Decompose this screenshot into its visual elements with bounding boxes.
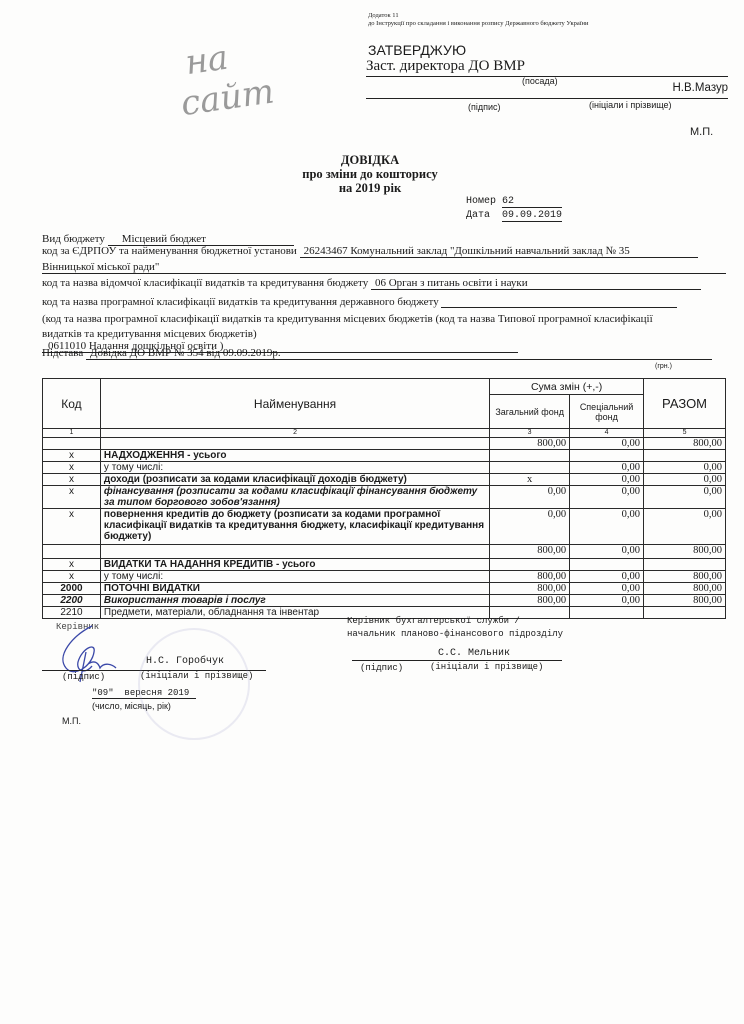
number-label: Номер [466,196,496,207]
header-special-fund: Спеціальний фонд [570,395,644,429]
estimate-changes-table: Код Найменування Сума змін (+,-) РАЗОМ З… [42,378,726,619]
row-name: ПОТОЧНІ ВИДАТКИ [100,583,489,595]
row-code: х [43,474,101,486]
edrpou-value: 26243467 Комунальний заклад "Дошкільний … [300,245,698,258]
edrpou-row: код за ЄДРПОУ та найменування бюджетної … [42,245,726,258]
row-special-fund: 0,00 [570,545,644,559]
column-number: 1 [43,429,101,438]
budget-type-label: Вид бюджету [42,233,105,245]
row-total [644,559,726,571]
row-code: х [43,559,101,571]
header-name: Найменування [100,379,489,429]
row-name: у тому числі: [100,462,489,474]
state-prog-value [441,295,677,308]
row-special-fund [570,450,644,462]
currency-note: (грн.) [655,363,672,370]
document-title: ДОВІДКА [300,153,440,167]
row-name: ВИДАТКИ ТА НАДАННЯ КРЕДИТІВ - усього [100,559,489,571]
row-total [644,450,726,462]
handwritten-note: на сайт [173,32,277,124]
head-signature-caption: (підпис) [62,672,105,682]
row-general-fund [490,450,570,462]
table-row: ху тому числі:0,000,00 [43,462,726,474]
sign-date-day: "09" [92,688,114,698]
row-total: 800,00 [644,595,726,607]
row-code: 2000 [43,583,101,595]
row-special-fund: 0,00 [570,438,644,450]
row-name: фінансування (розписати за кодами класиф… [100,486,489,509]
document-date: 09.09.2019 [502,210,562,222]
row-code: х [43,509,101,545]
name-caption: (ініціали і прізвище) [589,100,672,110]
basis-value: Довідка ДО ВМР № 354 від 09.09.2019р. [86,347,712,360]
accountant-label-2: начальник планово-фінансового підрозділу [347,628,563,641]
row-special-fund: 0,00 [570,509,644,545]
row-code: 2210 [43,607,101,619]
accountant-name: С.С. Мельник [438,648,510,659]
column-number: 3 [490,429,570,438]
table-row: 2200Використання товарів і послуг800,000… [43,595,726,607]
row-name: повернення кредитів до бюджету (розписат… [100,509,489,545]
row-name [100,438,489,450]
table-row: 800,000,00800,00 [43,438,726,450]
row-total: 0,00 [644,462,726,474]
row-general-fund: 800,00 [490,571,570,583]
header-total: РАЗОМ [644,379,726,429]
row-general-fund: 800,00 [490,438,570,450]
annex-line-1: Додаток 11 [368,12,589,20]
table-row: хВИДАТКИ ТА НАДАННЯ КРЕДИТІВ - усього [43,559,726,571]
column-number: 5 [644,429,726,438]
row-total: 800,00 [644,545,726,559]
column-numbers-row: 12345 [43,429,726,438]
column-number: 4 [570,429,644,438]
row-code: х [43,486,101,509]
row-general-fund: 0,00 [490,509,570,545]
table-row: хповернення кредитів до бюджету (розписа… [43,509,726,545]
row-name: доходи (розписати за кодами класифікації… [100,474,489,486]
row-total: 800,00 [644,583,726,595]
accountant-sign-line [352,660,562,661]
table-row: хНАДХОДЖЕННЯ - усього [43,450,726,462]
row-special-fund: 0,00 [570,583,644,595]
row-special-fund: 0,00 [570,486,644,509]
row-total [644,607,726,619]
header-sum-changes: Сума змін (+,-) [490,379,644,395]
row-total: 0,00 [644,486,726,509]
row-general-fund [490,559,570,571]
table-row: хдоходи (розписати за кодами класифікаці… [43,474,726,486]
row-special-fund: 0,00 [570,474,644,486]
dept-value: 06 Орган з питань освіти і науки [371,277,701,290]
document-number-row: Номер 62 [466,196,562,208]
row-total: 0,00 [644,509,726,545]
local-prog-label: (код та назва програмної класифікації ви… [42,313,732,325]
table-row: ху тому числі:800,000,00800,00 [43,571,726,583]
row-total: 800,00 [644,438,726,450]
approver-name: Н.В.Мазур [672,82,728,94]
row-name: Використання товарів і послуг [100,595,489,607]
row-special-fund: 0,00 [570,595,644,607]
accountant-signature-caption: (підпис) [360,663,403,673]
document-subtitle: про зміни до кошторису [280,167,460,181]
table-row: хфінансування (розписати за кодами класи… [43,486,726,509]
edrpou-value-cont: Вінницької міської ради" [42,261,726,274]
row-general-fund: 0,00 [490,486,570,509]
row-general-fund: х [490,474,570,486]
document-heading: ДОВІДКА про зміни до кошторису на 2019 р… [300,153,440,195]
approval-title: ЗАТВЕРДЖУЮ [368,42,466,58]
table-row: 2000ПОТОЧНІ ВИДАТКИ800,000,00800,00 [43,583,726,595]
approver-name-line: Н.В.Мазур [366,82,728,99]
document-date-row: Дата 09.09.2019 [466,210,562,222]
row-special-fund [570,607,644,619]
basis-row: Підстава Довідка ДО ВМР № 354 від 09.09.… [42,347,726,360]
row-code [43,438,101,450]
row-name: НАДХОДЖЕННЯ - усього [100,450,489,462]
date-label: Дата [466,210,490,221]
basis-label: Підстава [42,347,83,359]
row-general-fund: 800,00 [490,545,570,559]
row-general-fund [490,462,570,474]
row-general-fund: 800,00 [490,595,570,607]
row-total: 0,00 [644,474,726,486]
head-seal: М.П. [62,716,81,726]
row-code: 2200 [43,595,101,607]
header-general-fund: Загальний фонд [490,395,570,429]
dept-label: код та назва відомчої класифікації видат… [42,277,368,289]
accountant-label: Керівник бухгалтерської служби / начальн… [347,615,563,641]
edrpou-label: код за ЄДРПОУ та найменування бюджетної … [42,245,297,257]
accountant-label-1: Керівник бухгалтерської служби / [347,615,563,628]
header-code: Код [43,379,101,429]
state-prog-label: код та назва програмної класифікації вид… [42,296,439,308]
row-total: 800,00 [644,571,726,583]
row-code [43,545,101,559]
row-name [100,545,489,559]
signature-caption: (підпис) [468,102,501,112]
row-special-fund: 0,00 [570,462,644,474]
annex-note: Додаток 11 до Інструкції про складання і… [368,12,589,28]
state-prog-row: код та назва програмної класифікації вид… [42,295,726,308]
column-number: 2 [100,429,489,438]
row-special-fund [570,559,644,571]
row-code: х [43,571,101,583]
row-general-fund: 800,00 [490,583,570,595]
row-code: х [43,462,101,474]
document-year: на 2019 рік [300,181,440,195]
official-stamp-icon [138,628,250,740]
accountant-name-caption: (ініціали і прізвище) [430,662,543,672]
row-code: х [43,450,101,462]
approval-position: Заст. директора ДО ВМР [366,58,728,77]
row-special-fund: 0,00 [570,571,644,583]
table-row: 800,000,00800,00 [43,545,726,559]
local-prog-label-cont: видатків та кредитування місцевих бюджет… [42,328,257,340]
approval-seal: М.П. [690,126,713,138]
document-number: 62 [502,196,562,208]
annex-line-2: до Інструкції про складання і виконання … [368,20,589,28]
row-name: у тому числі: [100,571,489,583]
dept-row: код та назва відомчої класифікації видат… [42,277,726,290]
